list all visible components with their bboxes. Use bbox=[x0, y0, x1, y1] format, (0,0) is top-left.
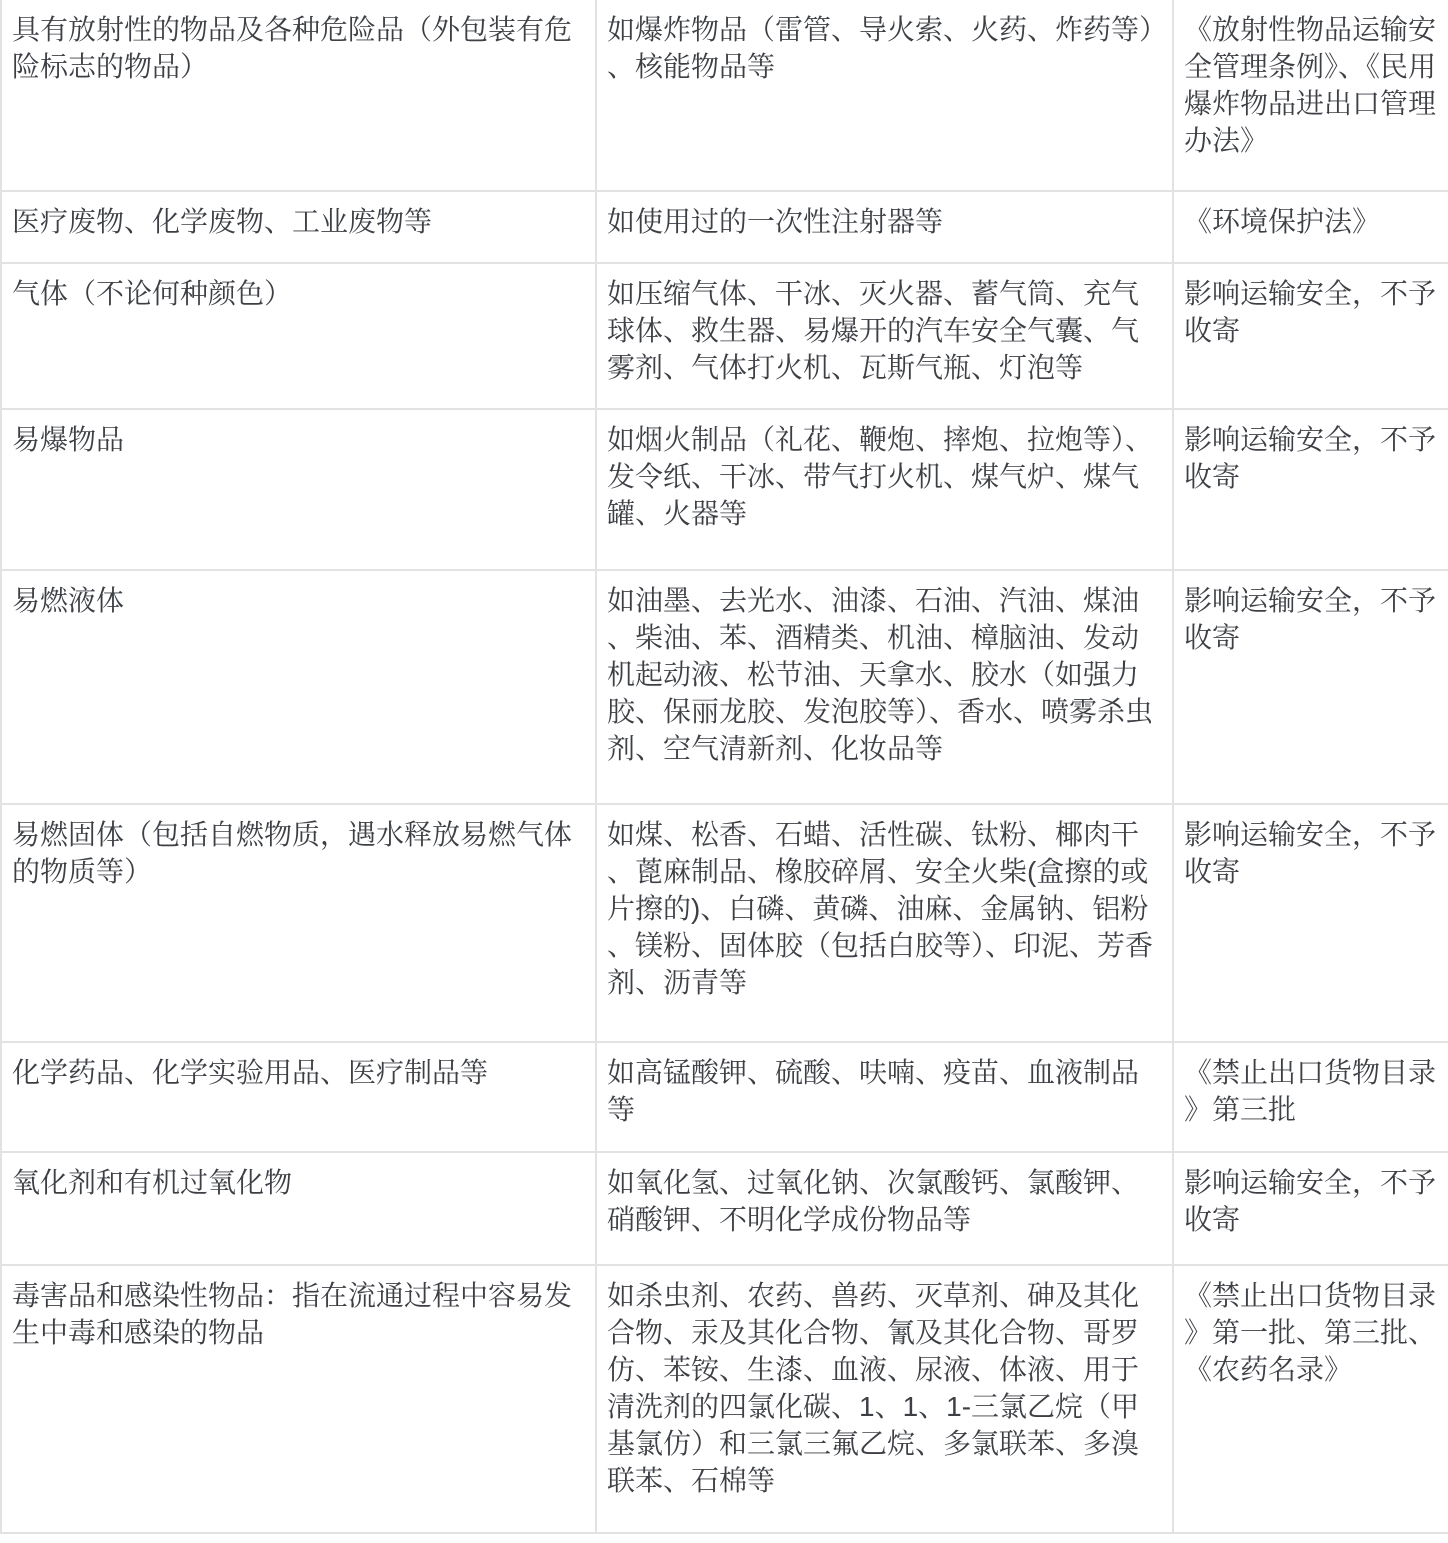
table-row: 氧化剂和有机过氧化物 如氧化氢、过氧化钠、次氯酸钙、氯酸钾、硝酸钾、不明化学成份… bbox=[1, 1152, 1448, 1265]
category-cell: 毒害品和感染性物品：指在流通过程中容易发生中毒和感染的物品 bbox=[1, 1265, 596, 1533]
basis-cell: 影响运输安全，不予收寄 bbox=[1173, 804, 1448, 1042]
table-row: 易燃液体 如油墨、去光水、油漆、石油、汽油、煤油、柴油、苯、酒精类、机油、樟脑油… bbox=[1, 570, 1448, 804]
examples-cell: 如使用过的一次性注射器等 bbox=[596, 191, 1173, 263]
category-cell: 易爆物品 bbox=[1, 409, 596, 570]
table-row: 易燃固体（包括自燃物质，遇水释放易燃气体的物质等） 如煤、松香、石蜡、活性碳、钛… bbox=[1, 804, 1448, 1042]
table-row: 气体（不论何种颜色） 如压缩气体、干冰、灭火器、蓄气筒、充气球体、救生器、易爆开… bbox=[1, 263, 1448, 409]
basis-cell: 影响运输安全，不予收寄 bbox=[1173, 570, 1448, 804]
basis-cell: 影响运输安全，不予收寄 bbox=[1173, 1152, 1448, 1265]
category-cell: 易燃液体 bbox=[1, 570, 596, 804]
table-row: 化学药品、化学实验用品、医疗制品等 如高锰酸钾、硫酸、呋喃、疫苗、血液制品等 《… bbox=[1, 1042, 1448, 1152]
basis-cell: 《禁止出口货物目录》第三批 bbox=[1173, 1042, 1448, 1152]
category-cell: 具有放射性的物品及各种危险品（外包装有危险标志的物品） bbox=[1, 0, 596, 191]
category-cell: 气体（不论何种颜色） bbox=[1, 263, 596, 409]
category-cell: 医疗废物、化学废物、工业废物等 bbox=[1, 191, 596, 263]
basis-cell: 《环境保护法》 bbox=[1173, 191, 1448, 263]
prohibited-items-table: 具有放射性的物品及各种危险品（外包装有危险标志的物品） 如爆炸物品（雷管、导火索… bbox=[0, 0, 1448, 1534]
examples-cell: 如煤、松香、石蜡、活性碳、钛粉、椰肉干、蓖麻制品、橡胶碎屑、安全火柴(盒擦的或片… bbox=[596, 804, 1173, 1042]
table-body: 具有放射性的物品及各种危险品（外包装有危险标志的物品） 如爆炸物品（雷管、导火索… bbox=[1, 0, 1448, 1533]
basis-cell: 《放射性物品运输安全管理条例》、《民用爆炸物品进出口管理办法》 bbox=[1173, 0, 1448, 191]
basis-cell: 影响运输安全，不予收寄 bbox=[1173, 263, 1448, 409]
examples-cell: 如油墨、去光水、油漆、石油、汽油、煤油、柴油、苯、酒精类、机油、樟脑油、发动机起… bbox=[596, 570, 1173, 804]
table-row: 毒害品和感染性物品：指在流通过程中容易发生中毒和感染的物品 如杀虫剂、农药、兽药… bbox=[1, 1265, 1448, 1533]
page: 具有放射性的物品及各种危险品（外包装有危险标志的物品） 如爆炸物品（雷管、导火索… bbox=[0, 0, 1448, 1534]
table-row: 医疗废物、化学废物、工业废物等 如使用过的一次性注射器等 《环境保护法》 bbox=[1, 191, 1448, 263]
table-row: 易爆物品 如烟火制品（礼花、鞭炮、摔炮、拉炮等）、发令纸、干冰、带气打火机、煤气… bbox=[1, 409, 1448, 570]
examples-cell: 如压缩气体、干冰、灭火器、蓄气筒、充气球体、救生器、易爆开的汽车安全气囊、气雾剂… bbox=[596, 263, 1173, 409]
category-cell: 化学药品、化学实验用品、医疗制品等 bbox=[1, 1042, 596, 1152]
examples-cell: 如氧化氢、过氧化钠、次氯酸钙、氯酸钾、硝酸钾、不明化学成份物品等 bbox=[596, 1152, 1173, 1265]
examples-cell: 如杀虫剂、农药、兽药、灭草剂、砷及其化合物、汞及其化合物、氰及其化合物、哥罗仿、… bbox=[596, 1265, 1173, 1533]
examples-cell: 如高锰酸钾、硫酸、呋喃、疫苗、血液制品等 bbox=[596, 1042, 1173, 1152]
basis-cell: 《禁止出口货物目录》第一批、第三批、《农药名录》 bbox=[1173, 1265, 1448, 1533]
category-cell: 氧化剂和有机过氧化物 bbox=[1, 1152, 596, 1265]
table-row: 具有放射性的物品及各种危险品（外包装有危险标志的物品） 如爆炸物品（雷管、导火索… bbox=[1, 0, 1448, 191]
examples-cell: 如烟火制品（礼花、鞭炮、摔炮、拉炮等）、发令纸、干冰、带气打火机、煤气炉、煤气罐… bbox=[596, 409, 1173, 570]
examples-cell: 如爆炸物品（雷管、导火索、火药、炸药等）、核能物品等 bbox=[596, 0, 1173, 191]
basis-cell: 影响运输安全，不予收寄 bbox=[1173, 409, 1448, 570]
category-cell: 易燃固体（包括自燃物质，遇水释放易燃气体的物质等） bbox=[1, 804, 596, 1042]
